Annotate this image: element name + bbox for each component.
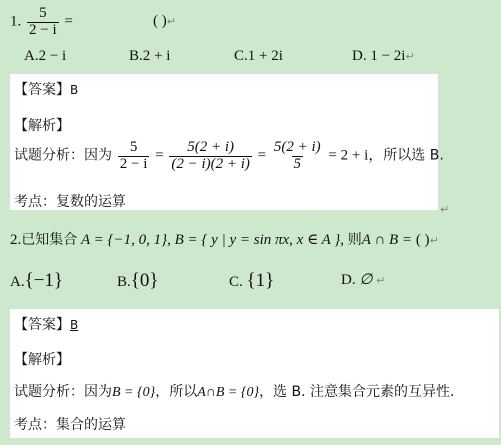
- q1-stem: 1. 5 2 − i =: [10, 6, 73, 39]
- q1-option-b: B.2 + i: [129, 48, 170, 65]
- q2-option-b: B.{0}: [117, 270, 159, 292]
- q1-option-a: A.2 − i: [24, 48, 66, 65]
- q1-answer: 【答案】B: [14, 79, 78, 99]
- q2-knowledge: 考点：集合的运算: [14, 414, 126, 434]
- q2-stem: 2.已知集合 A = {−1, 0, 1}, B = { y | y = sin…: [10, 229, 439, 249]
- return-mark-icon: ↵: [440, 203, 449, 216]
- q2-option-c: C. {1}: [229, 270, 274, 292]
- q2-analysis-heading: 【解析】: [14, 349, 70, 369]
- q1-option-d: D. 1 − 2i↵: [352, 48, 415, 65]
- return-mark-icon: ↵: [430, 234, 439, 247]
- q1-analysis: 试题分析：因为 52 − i = 5(2 + i)(2 − i)(2 + i) …: [14, 140, 444, 173]
- return-mark-icon: ↵: [405, 50, 414, 63]
- q1-number: 1.: [10, 14, 21, 30]
- q2-option-a: A.{−1}: [10, 270, 63, 292]
- return-mark-icon: ↵: [376, 274, 385, 287]
- return-mark-icon: ↵: [167, 15, 176, 28]
- q1-option-c: C.1 + 2i: [234, 48, 283, 65]
- q2-option-d: D. ∅ ↵: [341, 270, 385, 289]
- q2-analysis: 试题分析：因为B = {0}，所以A∩B = {0}，选 B. 注意集合元素的互…: [14, 381, 454, 401]
- q1-blank: ( )↵: [153, 13, 176, 30]
- q1-analysis-heading: 【解析】: [14, 115, 70, 135]
- q1-knowledge: 考点：复数的运算: [14, 191, 126, 211]
- q2-answer: 【答案】B: [14, 314, 78, 334]
- q1-fraction: 5 2 − i: [27, 6, 59, 39]
